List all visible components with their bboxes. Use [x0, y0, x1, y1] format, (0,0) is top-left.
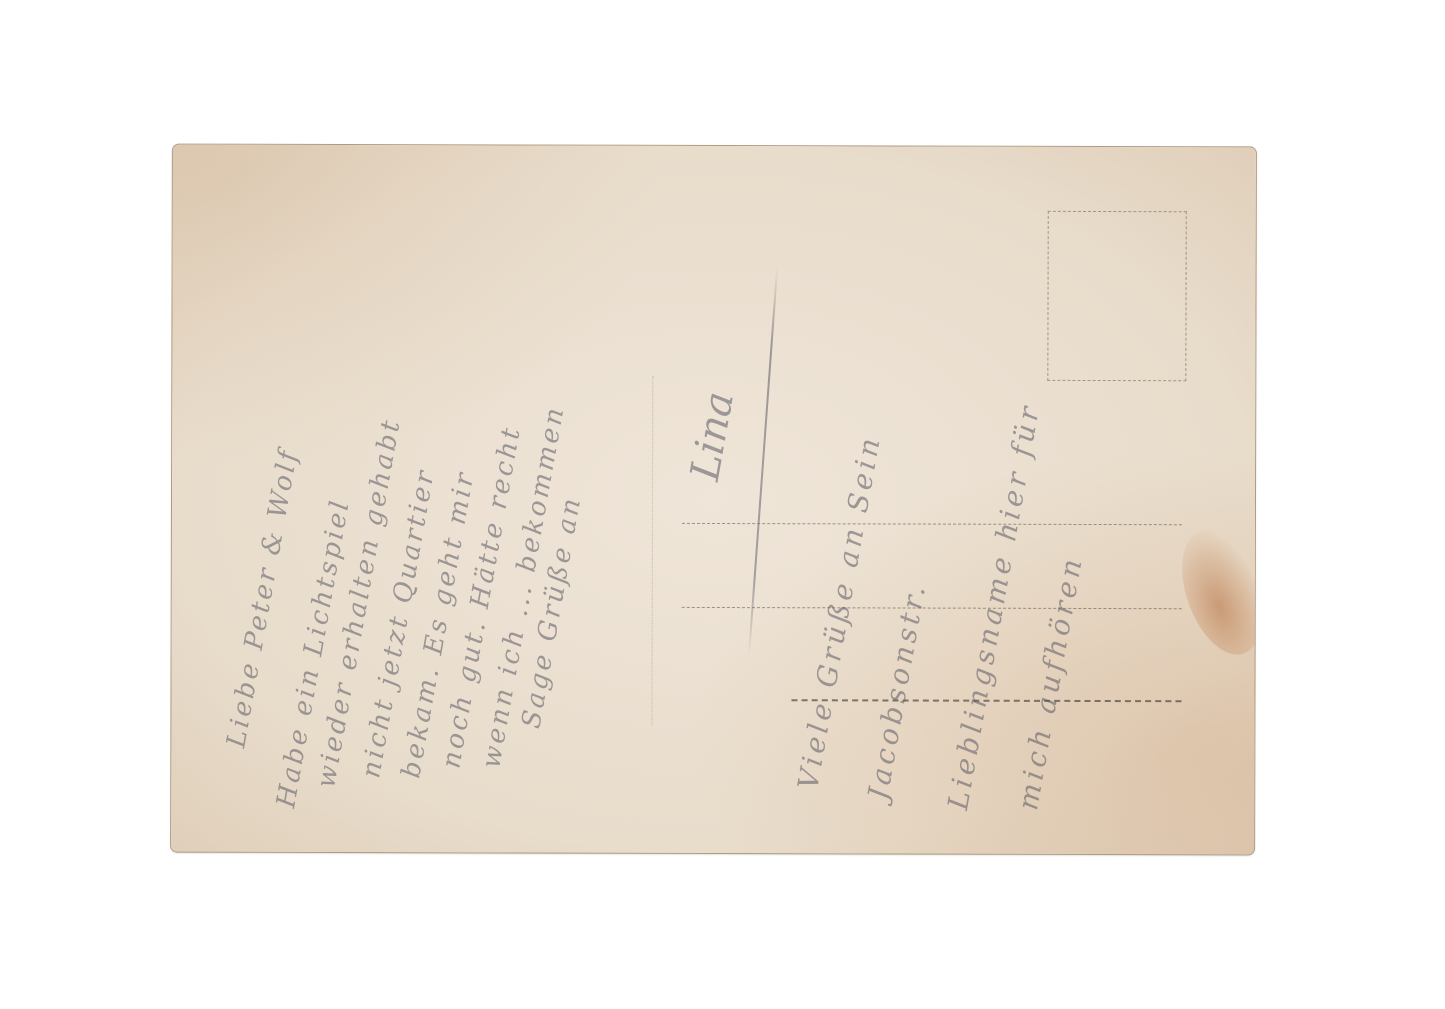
stamp-placeholder-box: [1047, 211, 1186, 381]
handwriting-line: Jacobsonstr.: [861, 579, 932, 802]
water-stain: [1167, 519, 1256, 665]
pencil-stroke: [748, 267, 778, 656]
signature: Lina: [682, 388, 743, 484]
scan-background: Liebe Peter & Wolf Habe ein Lichtspiel w…: [0, 0, 1445, 1009]
postcard-back: Liebe Peter & Wolf Habe ein Lichtspiel w…: [171, 145, 1256, 855]
center-divider: [651, 376, 653, 726]
address-line-2: [682, 607, 1182, 609]
handwriting-line: mich aufhören: [1011, 553, 1089, 813]
